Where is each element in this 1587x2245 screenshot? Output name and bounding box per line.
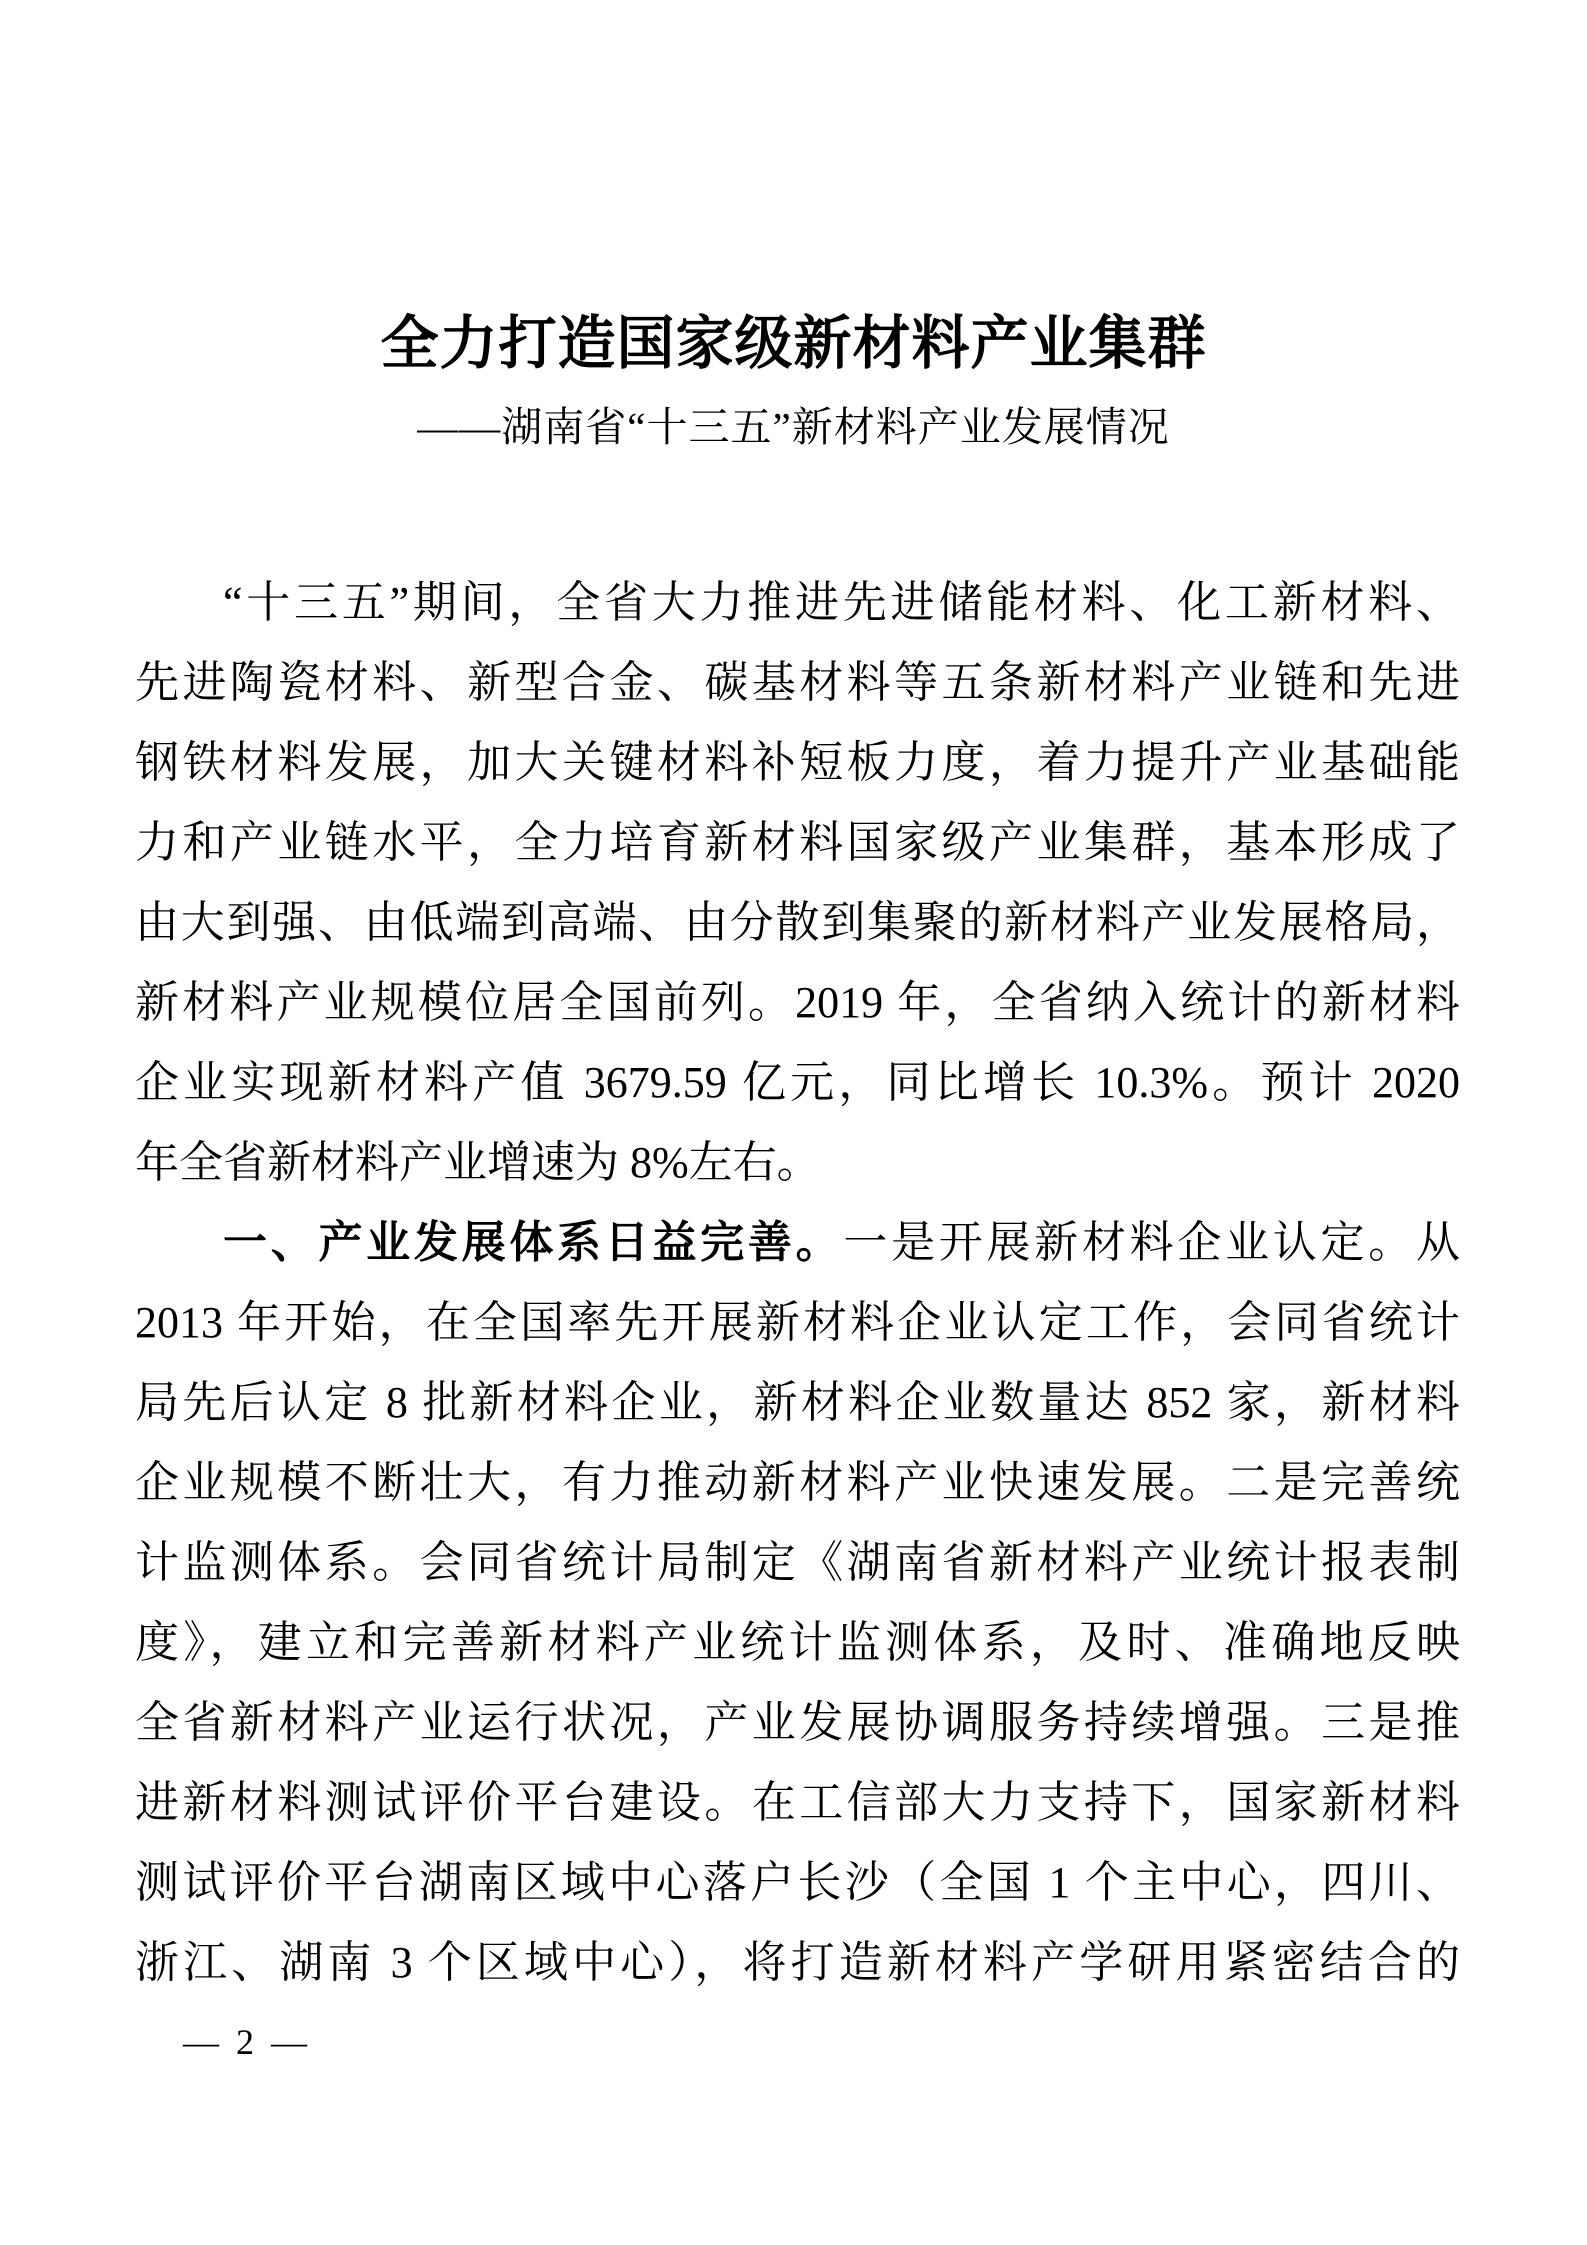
paragraph2-line: 企业规模不断壮大，有力推动新材料产业快速发展。二是完善统	[135, 1443, 1460, 1523]
document-page: 全力打造国家级新材料产业集群 ——湖南省“十三五”新材料产业发展情况 “十三五”…	[0, 0, 1587, 2245]
paragraph2-line: 2013 年开始，在全国率先开展新材料企业认定工作，会同省统计	[135, 1283, 1460, 1363]
paragraph1-line: 企业实现新材料产值 3679.59 亿元，同比增长 10.3%。预计 2020	[135, 1043, 1460, 1123]
paragraph1-line: 钢铁材料发展，加大关键材料补短板力度，着力提升产业基础能	[135, 723, 1460, 803]
section-heading: 一、产业发展体系日益完善。	[223, 1218, 843, 1267]
paragraph1-line: 新材料产业规模位居全国前列。2019 年，全省纳入统计的新材料	[135, 963, 1460, 1043]
page-number: — 2 —	[183, 2018, 311, 2066]
document-body: “十三五”期间，全省大力推进先进储能材料、化工新材料、 先进陶瓷材料、新型合金、…	[135, 563, 1460, 2003]
paragraph1-line: 先进陶瓷材料、新型合金、碳基材料等五条新材料产业链和先进	[135, 643, 1460, 723]
paragraph2-line: 度》，建立和完善新材料产业统计监测体系，及时、准确地反映	[135, 1603, 1460, 1683]
paragraph2-line: 局先后认定 8 批新材料企业，新材料企业数量达 852 家，新材料	[135, 1363, 1460, 1443]
paragraph2-line: 计监测体系。会同省统计局制定《湖南省新材料产业统计报表制	[135, 1523, 1460, 1603]
document-title: 全力打造国家级新材料产业集群	[0, 308, 1587, 380]
document-subtitle: ——湖南省“十三五”新材料产业发展情况	[0, 400, 1587, 454]
paragraph1-line: “十三五”期间，全省大力推进先进储能材料、化工新材料、	[135, 563, 1460, 643]
paragraph1-line: 年全省新材料产业增速为 8%左右。	[135, 1123, 1460, 1203]
paragraph2-line: 进新材料测试评价平台建设。在工信部大力支持下，国家新材料	[135, 1763, 1460, 1843]
paragraph2-line: 一、产业发展体系日益完善。一是开展新材料企业认定。从	[135, 1203, 1460, 1283]
paragraph2-line: 测试评价平台湖南区域中心落户长沙（全国 1 个主中心，四川、	[135, 1843, 1460, 1923]
paragraph1-line: 力和产业链水平，全力培育新材料国家级产业集群，基本形成了	[135, 803, 1460, 883]
paragraph2-line1-rest: 一是开展新材料企业认定。从	[843, 1218, 1460, 1267]
paragraph2-line: 全省新材料产业运行状况，产业发展协调服务持续增强。三是推	[135, 1683, 1460, 1763]
paragraph1-line: 由大到强、由低端到高端、由分散到集聚的新材料产业发展格局，	[135, 883, 1460, 963]
paragraph2-line: 浙江、湖南 3 个区域中心），将打造新材料产学研用紧密结合的	[135, 1923, 1460, 2003]
